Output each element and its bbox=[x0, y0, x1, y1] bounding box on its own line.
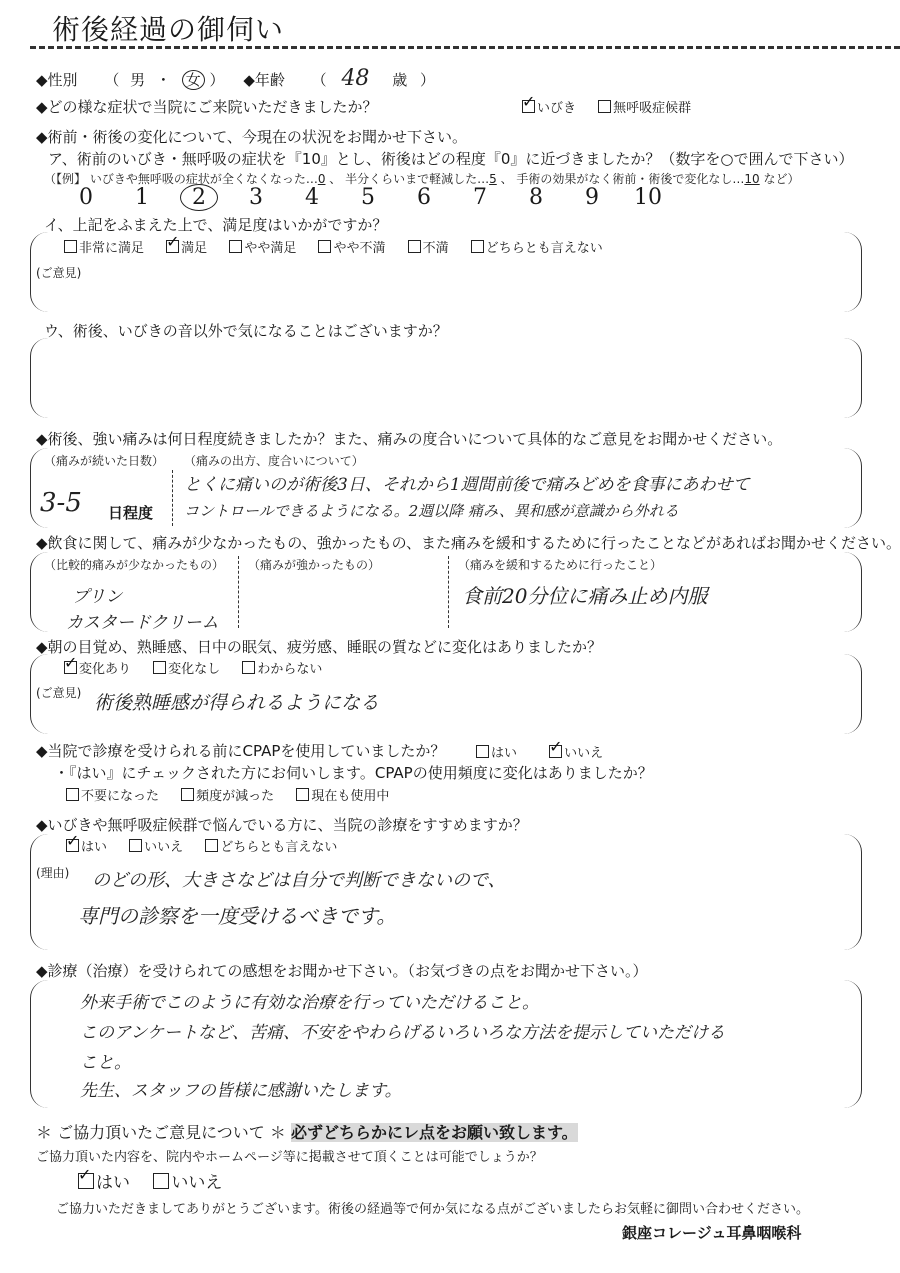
change-a-question: ア、術前のいびき・無呼吸の症状を『10』とし、術後はどの程度『0』に近づきました… bbox=[48, 148, 854, 169]
checkbox-icon[interactable] bbox=[181, 788, 194, 801]
sleep-option[interactable]: 変化なし bbox=[153, 662, 220, 677]
food-question: ◆飲食に関して、痛みが少なかったもの、強かったもの、また痛みを緩和するために行っ… bbox=[36, 532, 900, 553]
consent-heading: ＊ ご協力頂いたご意見について ＊ 必ずどちらかにレ点をお願い致します。 bbox=[36, 1120, 578, 1143]
impressions-question: ◆診療（治療）を受けられての感想をお聞かせ下さい。（お気づきの点をお聞かせ下さい… bbox=[36, 960, 648, 981]
sleep-opinion-label: (ご意見) bbox=[36, 684, 81, 701]
food-divider-2 bbox=[448, 556, 449, 628]
checkbox-icon[interactable] bbox=[153, 661, 166, 674]
satisfaction-option[interactable]: 非常に満足 bbox=[64, 241, 144, 256]
consent-option-yes[interactable]: はい bbox=[78, 1173, 130, 1193]
symptoms-question: ◆どの様な症状で当院にご来院いただきましたか？ bbox=[36, 96, 378, 117]
consent-options: はい いいえ bbox=[78, 1168, 240, 1193]
food-less-item[interactable]: プリン bbox=[72, 582, 122, 607]
food-relief-label: （痛みを緩和するために行ったこと） bbox=[458, 556, 662, 573]
checkbox-icon[interactable] bbox=[66, 788, 79, 801]
age-label: ◆年齢 bbox=[243, 71, 285, 89]
satisfaction-opinion-label: (ご意見) bbox=[36, 264, 81, 281]
scale-1[interactable]: 1 bbox=[114, 185, 170, 210]
recommend-reason-label: (理由) bbox=[36, 864, 69, 881]
recommend-option[interactable]: はい bbox=[66, 840, 107, 855]
pain-detail-line2[interactable]: コントロールできるようになる。2週以降 痛み、異和感が意識から外れる bbox=[184, 500, 679, 521]
sleep-option[interactable]: 変化あり bbox=[64, 662, 131, 677]
sleep-option[interactable]: わからない bbox=[242, 662, 322, 677]
checkbox-checked-icon[interactable] bbox=[549, 745, 562, 758]
consent-heading-prefix: ＊ ご協力頂いたご意見について ＊ bbox=[36, 1123, 286, 1142]
checkbox-icon[interactable] bbox=[229, 240, 242, 253]
gender-label: ◆性別 bbox=[36, 71, 78, 89]
scale-5[interactable]: 5 bbox=[340, 185, 396, 210]
cpap-option-yes[interactable]: はい bbox=[476, 746, 517, 761]
scale-0[interactable]: 0 bbox=[58, 185, 114, 210]
checkbox-icon[interactable] bbox=[64, 240, 77, 253]
cpap-sub-option[interactable]: 頻度が減った bbox=[181, 789, 274, 804]
cpap-sub-option[interactable]: 現在も使用中 bbox=[296, 789, 389, 804]
satisfaction-option[interactable]: やや満足 bbox=[229, 241, 296, 256]
recommend-options: はい いいえ どちらとも言えない bbox=[66, 836, 355, 855]
recommend-option[interactable]: どちらとも言えない bbox=[205, 840, 337, 855]
cpap-sub-option[interactable]: 不要になった bbox=[66, 789, 159, 804]
cpap-option-no[interactable]: いいえ bbox=[549, 746, 603, 761]
scale-7[interactable]: 7 bbox=[452, 185, 508, 210]
scale-10[interactable]: 10 bbox=[620, 185, 676, 210]
pain-detail-line1[interactable]: とくに痛いのが術後3日、それから1週間前後で痛みどめを食事にあわせて bbox=[184, 470, 750, 495]
checkbox-icon[interactable] bbox=[153, 1173, 169, 1189]
recommend-question: ◆いびきや無呼吸症候群で悩んでいる方に、当院の診療をすすめますか？ bbox=[36, 814, 528, 835]
pain-days-value[interactable]: 3-5 bbox=[40, 488, 82, 518]
food-strong-label: （痛みが強かったもの） bbox=[248, 556, 380, 573]
satisfaction-options: 非常に満足 満足 やや満足 やや不満 不満 どちらとも言えない bbox=[64, 237, 621, 256]
consent-question: ご協力頂いた内容を、院内やホームページ等に掲載させて頂くことは可能でしょうか？ bbox=[36, 1146, 543, 1165]
recommend-reason-line1[interactable]: のどの形、大きさなどは自分で判断できないので、 bbox=[92, 866, 506, 892]
sleep-opinion-field[interactable]: 術後熟睡感が得られるようになる bbox=[94, 688, 379, 715]
impressions-line[interactable]: 先生、スタッフの皆様に感謝いたします。 bbox=[80, 1076, 402, 1101]
cpap-question: ◆当院で診療を受けられる前にCPAPを使用していましたか？ bbox=[36, 740, 445, 761]
checkbox-checked-icon[interactable] bbox=[66, 839, 79, 852]
satisfaction-option[interactable]: やや不満 bbox=[318, 241, 385, 256]
checkbox-checked-icon[interactable] bbox=[522, 100, 535, 113]
symptom-option-snoring[interactable]: いびき bbox=[522, 101, 576, 116]
checkbox-icon[interactable] bbox=[205, 839, 218, 852]
scale-2-circled[interactable]: 2 bbox=[180, 184, 218, 211]
cpap-sub-options: 不要になった 頻度が減った 現在も使用中 bbox=[66, 785, 407, 804]
checkbox-checked-icon[interactable] bbox=[166, 240, 179, 253]
symptoms-options: いびき 無呼吸症候群 bbox=[522, 97, 709, 116]
satisfaction-option[interactable]: 満足 bbox=[166, 241, 207, 256]
impressions-line[interactable]: こと。 bbox=[80, 1048, 131, 1073]
cpap-options: はい いいえ bbox=[476, 742, 621, 761]
checkbox-icon[interactable] bbox=[598, 100, 611, 113]
food-relief-text[interactable]: 食前20分位に痛み止め内服 bbox=[462, 580, 707, 609]
impressions-line[interactable]: このアンケートなど、苦痛、不安をやわらげるいろいろな方法を提示していただける bbox=[80, 1018, 725, 1043]
food-divider-1 bbox=[238, 556, 239, 628]
checkbox-icon[interactable] bbox=[296, 788, 309, 801]
sleep-options: 変化あり 変化なし わからない bbox=[64, 658, 340, 677]
checkbox-checked-icon[interactable] bbox=[78, 1173, 94, 1189]
pain-days-label: （痛みが続いた日数） bbox=[44, 452, 164, 469]
satisfaction-option[interactable]: 不満 bbox=[408, 241, 449, 256]
gender-row: ◆性別 （ 男 ・ 女 ） ◆年齢 （ 48 歳 ） bbox=[36, 66, 435, 91]
checkbox-icon[interactable] bbox=[476, 745, 489, 758]
scale-8[interactable]: 8 bbox=[508, 185, 564, 210]
cpap-sub-question: ・『はい』にチェックされた方にお伺いします。CPAPの使用頻度に変化はありました… bbox=[54, 762, 653, 783]
clinic-name: 銀座コレージュ耳鼻咽喉科 bbox=[622, 1222, 801, 1243]
checkbox-icon[interactable] bbox=[408, 240, 421, 253]
consent-option-no[interactable]: いいえ bbox=[153, 1173, 222, 1193]
form-title: 術後経過の御伺い bbox=[52, 8, 284, 48]
scale-4[interactable]: 4 bbox=[284, 185, 340, 210]
gender-male-option[interactable]: 男 bbox=[130, 71, 145, 89]
checkbox-icon[interactable] bbox=[242, 661, 255, 674]
food-less-item[interactable]: カスタードクリーム bbox=[66, 608, 219, 633]
age-value[interactable]: 48 bbox=[341, 66, 369, 91]
checkbox-icon[interactable] bbox=[318, 240, 331, 253]
scale-9[interactable]: 9 bbox=[564, 185, 620, 210]
recommend-reason-line2[interactable]: 専門の診察を一度受けるべきです。 bbox=[78, 900, 396, 929]
checkbox-checked-icon[interactable] bbox=[64, 661, 77, 674]
gender-female-option-circled[interactable]: 女 bbox=[182, 70, 205, 90]
scale-6[interactable]: 6 bbox=[396, 185, 452, 210]
pain-divider bbox=[172, 470, 173, 526]
other-concerns-box[interactable] bbox=[30, 338, 862, 418]
symptom-option-apnea[interactable]: 無呼吸症候群 bbox=[598, 101, 691, 116]
impressions-line[interactable]: 外来手術でこのように有効な治療を行っていただけること。 bbox=[80, 988, 539, 1013]
pain-question: ◆術後、強い痛みは何日程度続きましたか？また、痛みの度合いについて具体的なご意見… bbox=[36, 428, 782, 449]
title-divider bbox=[30, 46, 900, 49]
scale-3[interactable]: 3 bbox=[228, 185, 284, 210]
food-less-label: （比較的痛みが少なかったもの） bbox=[44, 556, 224, 573]
satisfaction-option[interactable]: どちらとも言えない bbox=[471, 241, 603, 256]
pain-days-unit: 日程度 bbox=[108, 502, 153, 523]
recommend-option[interactable]: いいえ bbox=[129, 840, 183, 855]
consent-heading-highlight: 必ずどちらかにレ点をお願い致します。 bbox=[291, 1123, 578, 1142]
change-question: ◆術前・術後の変化について、今現在の状況をお聞かせ下さい。 bbox=[36, 126, 467, 147]
pain-detail-label: （痛みの出方、度合いについて） bbox=[184, 452, 364, 469]
symptom-scale: 012345678910 bbox=[58, 184, 676, 211]
checkbox-icon[interactable] bbox=[129, 839, 142, 852]
checkbox-icon[interactable] bbox=[471, 240, 484, 253]
footer-thanks: ご協力いただきましてありがとうございます。術後の経過等で何か気になる点がございま… bbox=[56, 1198, 809, 1217]
